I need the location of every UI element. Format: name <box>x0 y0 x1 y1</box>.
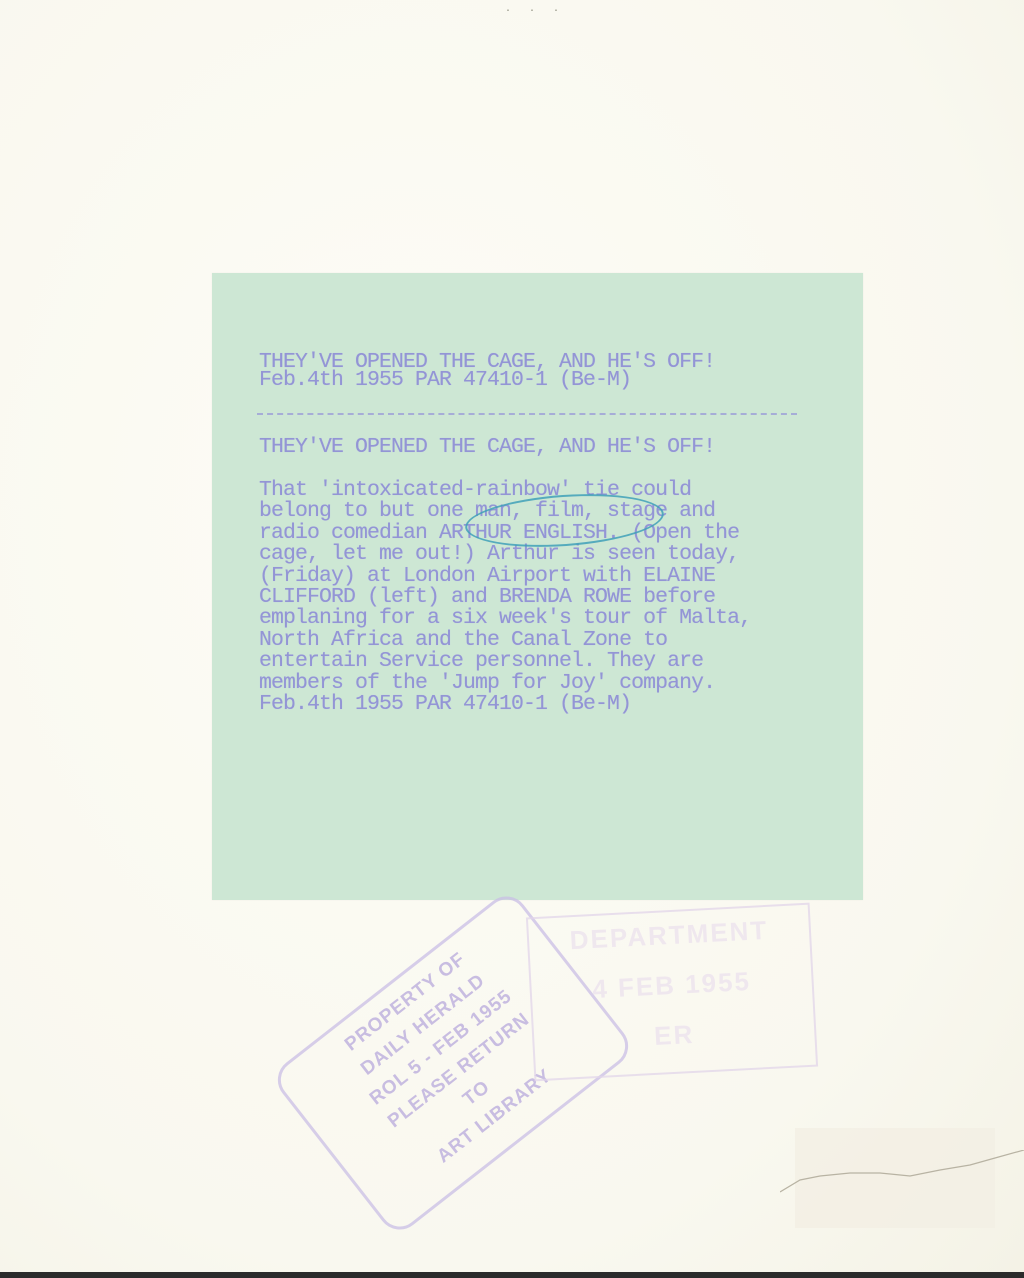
caption-body-line: That 'intoxicated-rainbow' tie could <box>259 480 751 501</box>
caption-body-line: members of the 'Jump for Joy' company. <box>259 673 751 694</box>
stamp-line: 4 FEB 1955 <box>531 963 812 1009</box>
caption-body-line: (Friday) at London Airport with ELAINE <box>259 566 751 587</box>
paper-tear-line <box>780 1150 1024 1200</box>
stamp-line: ER <box>534 1013 815 1059</box>
caption-body-line: Feb.4th 1955 PAR 47410-1 (Be-M) <box>259 694 751 715</box>
photo-bottom-edge <box>0 1272 1024 1278</box>
typed-divider <box>257 413 797 415</box>
caption-body-line: CLIFFORD (left) and BRENDA ROWE before <box>259 587 751 608</box>
caption-subhead: THEY'VE OPENED THE CAGE, AND HE'S OFF! <box>259 438 715 456</box>
caption-body-line: emplaning for a six week's tour of Malta… <box>259 608 751 629</box>
department-stamp: DEPARTMENT4 FEB 1955ER <box>526 903 818 1082</box>
caption-header: THEY'VE OPENED THE CAGE, AND HE'S OFF! F… <box>259 353 715 389</box>
caption-slip: THEY'VE OPENED THE CAGE, AND HE'S OFF! F… <box>212 273 863 900</box>
stamp-line: DEPARTMENT <box>528 913 809 959</box>
caption-body-line: North Africa and the Canal Zone to <box>259 630 751 651</box>
top-edge-marks: · · · <box>505 6 565 17</box>
caption-body-line: cage, let me out!) Arthur is seen today, <box>259 544 751 565</box>
caption-body-line: entertain Service personnel. They are <box>259 651 751 672</box>
header-reference: Feb.4th 1955 PAR 47410-1 (Be-M) <box>259 368 631 392</box>
